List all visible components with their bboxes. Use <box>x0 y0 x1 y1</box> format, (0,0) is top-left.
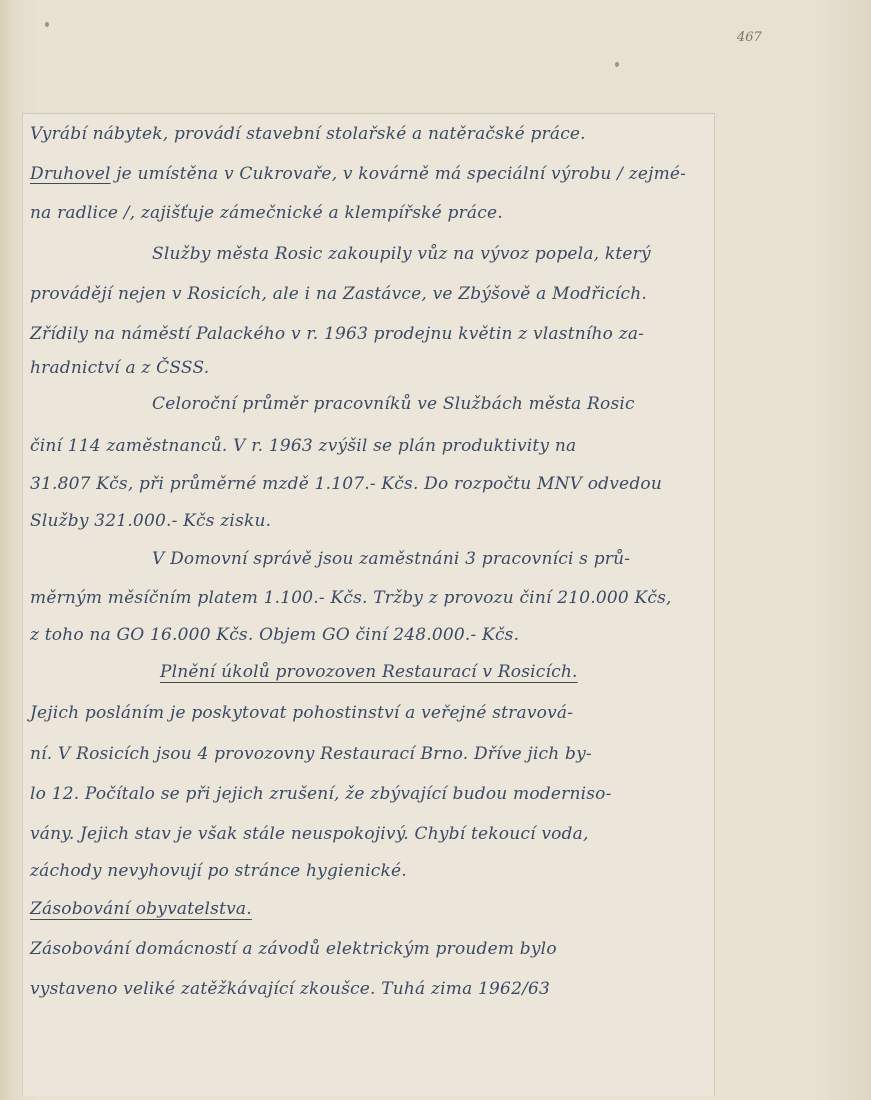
text-line: Druhovel je umístěna v Cukrovaře, v ková… <box>30 164 686 184</box>
text-line: vány. Jejich stav je však stále neuspoko… <box>30 824 589 844</box>
text-line: ní. V Rosicích jsou 4 provozovny Restaur… <box>30 744 592 764</box>
text-line: hradnictví a z ČSSS. <box>30 358 209 378</box>
line-text: činí 114 zaměstnanců. V r. 1963 zvýšil s… <box>30 436 576 456</box>
section-heading: Plnění úkolů provozoven Restaurací v Ros… <box>160 662 578 682</box>
line-text: Služby města Rosic zakoupily vůz na vývo… <box>152 244 651 264</box>
text-line: Služby města Rosic zakoupily vůz na vývo… <box>152 244 651 264</box>
line-text: provádějí nejen v Rosicích, ale i na Zas… <box>30 284 647 304</box>
text-line: provádějí nejen v Rosicích, ale i na Zas… <box>30 284 647 304</box>
line-text: ní. V Rosicích jsou 4 provozovny Restaur… <box>30 744 592 764</box>
line-text: Vyrábí nábytek, provádí stavební stolařs… <box>30 124 586 144</box>
line-text: na radlice /, zajišťuje zámečnické a kle… <box>30 203 503 223</box>
text-line: na radlice /, zajišťuje zámečnické a kle… <box>30 203 503 223</box>
text-line: lo 12. Počítalo se při jejich zrušení, ž… <box>30 784 612 804</box>
text-line: Vyrábí nábytek, provádí stavební stolařs… <box>30 124 586 144</box>
line-text: Celoroční průměr pracovníků ve Službách … <box>152 394 635 414</box>
line-text: z toho na GO 16.000 Kčs. Objem GO činí 2… <box>30 625 519 645</box>
line-text: 31.807 Kčs, při průměrné mzdě 1.107.- Kč… <box>30 474 662 494</box>
line-text: vystaveno veliké zatěžkávající zkoušce. … <box>30 979 550 999</box>
text-line: měrným měsíčním platem 1.100.- Kčs. Tržb… <box>30 588 672 608</box>
text-line: Celoroční průměr pracovníků ve Službách … <box>152 394 635 414</box>
page-number: 467 <box>737 30 762 45</box>
text-line: Služby 321.000.- Kčs zisku. <box>30 511 271 531</box>
text-line: Zřídily na náměstí Palackého v r. 1963 p… <box>30 324 644 344</box>
section-heading: Zásobování obyvatelstva. <box>30 899 252 919</box>
text-line: činí 114 zaměstnanců. V r. 1963 zvýšil s… <box>30 436 576 456</box>
line-text: Zásobování domácností a závodů elektrick… <box>30 939 557 959</box>
text-line: V Domovní správě jsou zaměstnáni 3 praco… <box>152 549 630 569</box>
line-text: lo 12. Počítalo se při jejich zrušení, ž… <box>30 784 612 804</box>
line-text: záchody nevyhovují po stránce hygienické… <box>30 861 407 881</box>
line-text: V Domovní správě jsou zaměstnáni 3 praco… <box>152 549 630 569</box>
text-line: z toho na GO 16.000 Kčs. Objem GO činí 2… <box>30 625 519 645</box>
text-line: Jejich posláním je poskytovat pohostinst… <box>30 703 573 723</box>
paper-speck <box>45 22 49 27</box>
line-text: je umístěna v Cukrovaře, v kovárně má sp… <box>111 164 687 184</box>
line-text: vány. Jejich stav je však stále neuspoko… <box>30 824 589 844</box>
document-page: 467 Vyrábí nábytek, provádí stavební sto… <box>0 0 871 1100</box>
line-text: Jejich posláním je poskytovat pohostinst… <box>30 703 573 723</box>
line-text: měrným měsíčním platem 1.100.- Kčs. Tržb… <box>30 588 672 608</box>
text-line: vystaveno veliké zatěžkávající zkoušce. … <box>30 979 550 999</box>
line-text: hradnictví a z ČSSS. <box>30 358 209 378</box>
line-text: Zřídily na náměstí Palackého v r. 1963 p… <box>30 324 644 344</box>
text-line: 31.807 Kčs, při průměrné mzdě 1.107.- Kč… <box>30 474 662 494</box>
text-line: záchody nevyhovují po stránce hygienické… <box>30 861 407 881</box>
line-text: Služby 321.000.- Kčs zisku. <box>30 511 271 531</box>
paper-speck <box>615 62 619 67</box>
underlined-term: Druhovel <box>30 164 111 184</box>
text-line: Zásobování domácností a závodů elektrick… <box>30 939 557 959</box>
